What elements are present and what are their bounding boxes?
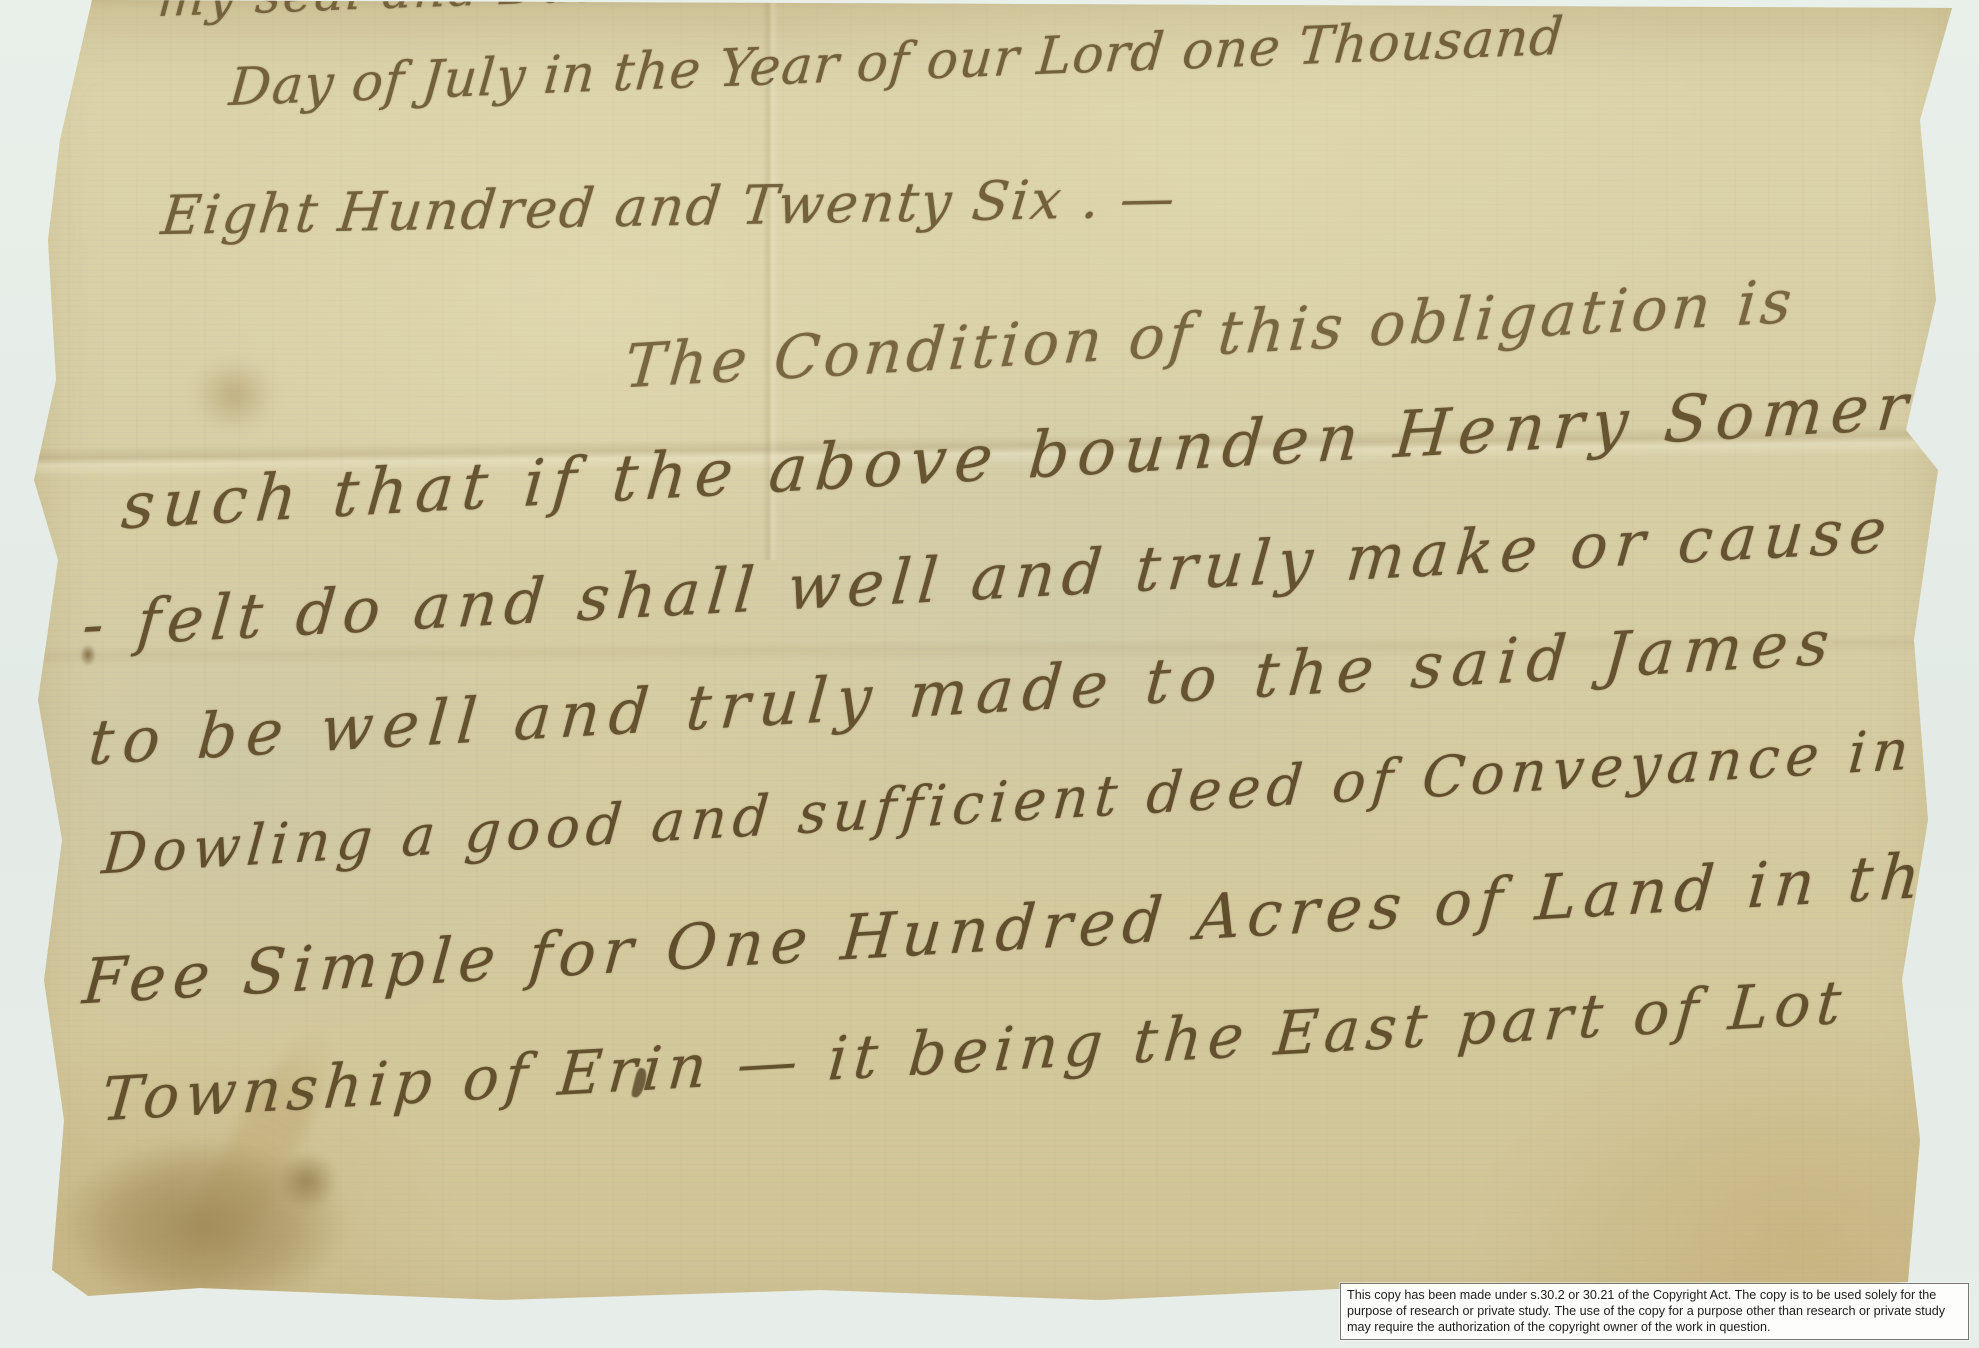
manuscript-page: my seal and Dated Day of July in the Yea… bbox=[0, 0, 1979, 1348]
copyright-notice: This copy has been made under s.30.2 or … bbox=[1340, 1283, 1969, 1340]
scanned-document: my seal and Dated Day of July in the Yea… bbox=[0, 0, 1979, 1348]
